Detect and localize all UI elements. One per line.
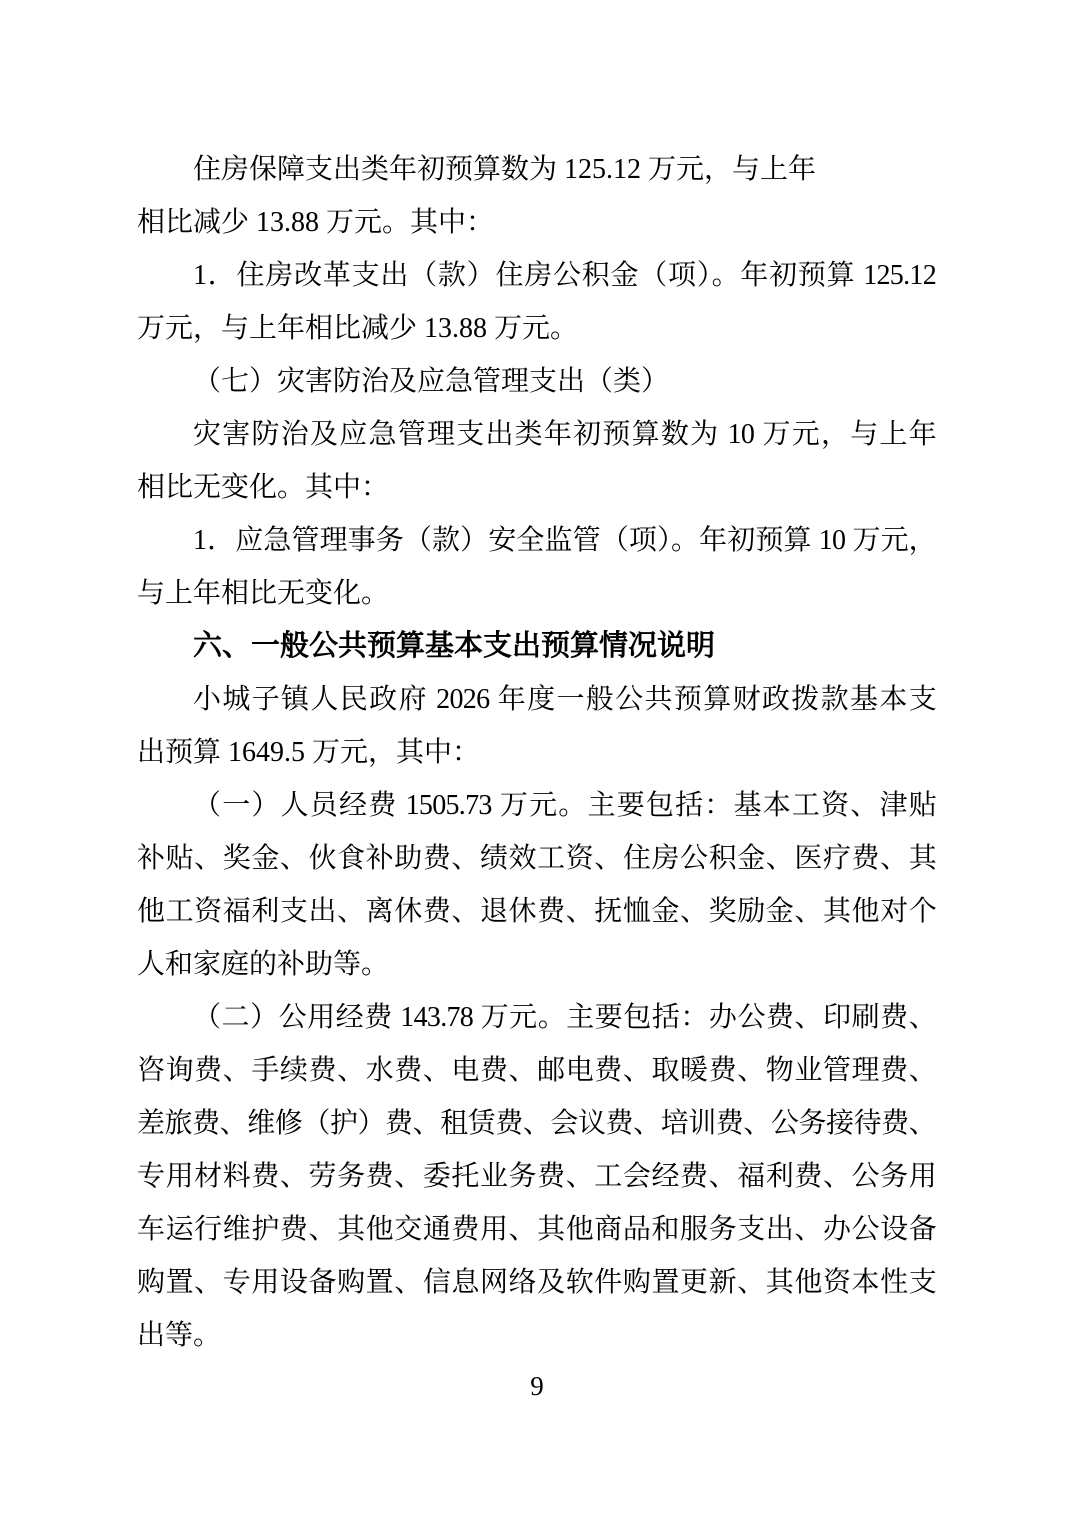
paragraph-line: 咨询费、手续费、水费、电费、邮电费、取暖费、物业管理费、 xyxy=(137,1044,936,1097)
paragraph-line: 人和家庭的补助等。 xyxy=(137,938,936,991)
paragraph-line: 出预算 1649.5 万元，其中： xyxy=(137,726,936,779)
paragraph-line: 与上年相比无变化。 xyxy=(137,567,936,620)
page-number: 9 xyxy=(0,1368,1074,1404)
paragraph-line: 专用材料费、劳务费、委托业务费、工会经费、福利费、公务用 xyxy=(137,1150,936,1203)
paragraph-line: 万元，与上年相比减少 13.88 万元。 xyxy=(137,302,936,355)
paragraph-line: 车运行维护费、其他交通费用、其他商品和服务支出、办公设备 xyxy=(137,1203,936,1256)
paragraph-line: 购置、专用设备购置、信息网络及软件购置更新、其他资本性支 xyxy=(137,1256,936,1309)
paragraph-line: 相比减少 13.88 万元。其中： xyxy=(137,196,936,249)
document-body: 住房保障支出类年初预算数为 125.12 万元，与上年相比减少 13.88 万元… xyxy=(137,143,936,1362)
paragraph-line: 灾害防治及应急管理支出类年初预算数为 10 万元，与上年 xyxy=(137,408,936,461)
paragraph-line: 小城子镇人民政府 2026 年度一般公共预算财政拨款基本支 xyxy=(137,673,936,726)
paragraph-line: 出等。 xyxy=(137,1309,936,1362)
paragraph-line: 差旅费、维修（护）费、租赁费、会议费、培训费、公务接待费、 xyxy=(137,1097,936,1150)
section-heading: 六、一般公共预算基本支出预算情况说明 xyxy=(137,620,936,673)
paragraph-line: （二）公用经费 143.78 万元。主要包括：办公费、印刷费、 xyxy=(137,991,936,1044)
paragraph-line: 补贴、奖金、伙食补助费、绩效工资、住房公积金、医疗费、其 xyxy=(137,832,936,885)
paragraph-line: 1．住房改革支出（款）住房公积金（项）。年初预算 125.12 xyxy=(137,249,936,302)
paragraph-line: （七）灾害防治及应急管理支出（类） xyxy=(137,355,936,408)
paragraph-line: （一）人员经费 1505.73 万元。主要包括：基本工资、津贴 xyxy=(137,779,936,832)
paragraph-line: 他工资福利支出、离休费、退休费、抚恤金、奖励金、其他对个 xyxy=(137,885,936,938)
paragraph-line: 1．应急管理事务（款）安全监管（项）。年初预算 10 万元， xyxy=(137,514,936,567)
paragraph-line: 相比无变化。其中： xyxy=(137,461,936,514)
document-page: 住房保障支出类年初预算数为 125.12 万元，与上年相比减少 13.88 万元… xyxy=(0,0,1074,1520)
paragraph-line: 住房保障支出类年初预算数为 125.12 万元，与上年 xyxy=(137,143,936,196)
